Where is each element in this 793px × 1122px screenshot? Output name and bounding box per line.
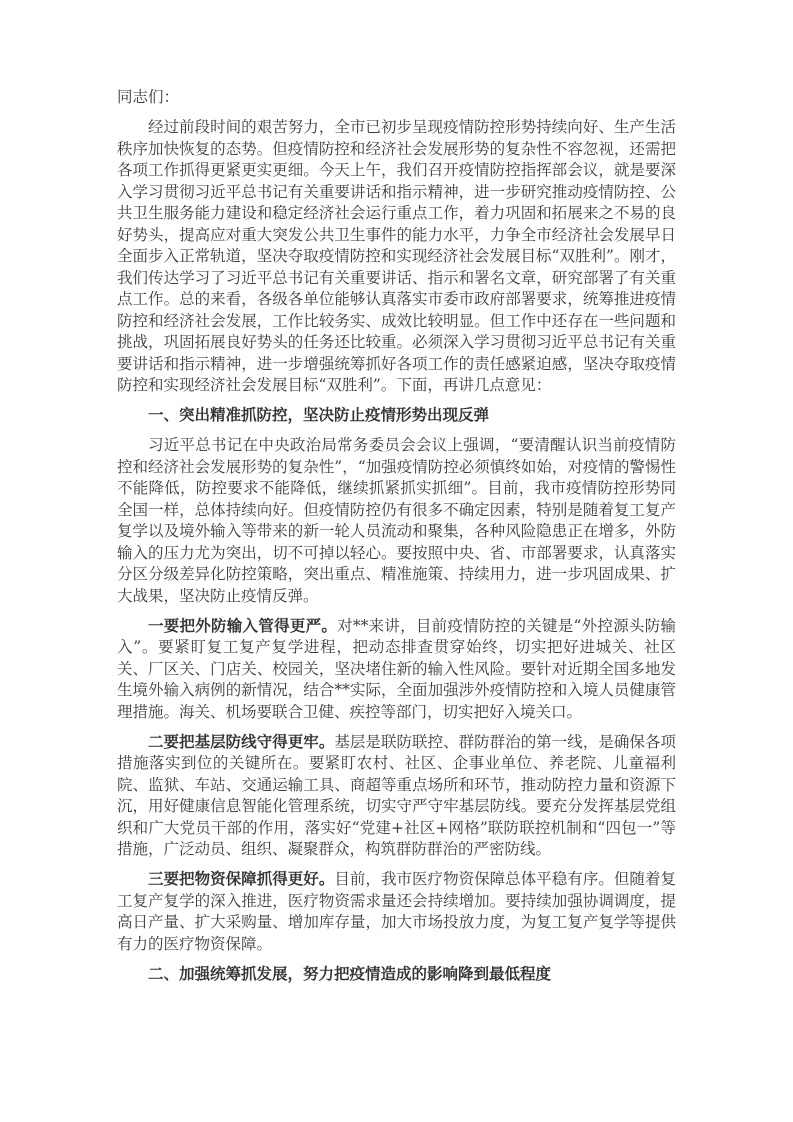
- paragraph-point-2: 二要把基层防线守得更牢。基层是联防联控、群防群治的第一线，是确保各项措施落实到位…: [117, 732, 676, 861]
- section-heading-1: 一、突出精准抓防控，坚决防止疫情形势出现反弹: [117, 405, 676, 427]
- paragraph-opening: 经过前段时间的艰苦努力，全市已初步呈现疫情防控形势持续向好、生产生活秩序加快恢复…: [117, 117, 676, 397]
- point-3-lead: 三要把物资保障抓得更好。: [148, 870, 334, 888]
- paragraph-section1-intro: 习近平总书记在中央政治局常务委员会会议上强调，“要清醒认识当前疫情防控和经济社会…: [117, 435, 676, 607]
- section-heading-2: 二、加强统筹抓发展，努力把疫情造成的影响降到最低程度: [117, 964, 676, 986]
- point-2-lead: 二要把基层防线守得更牢。: [148, 733, 334, 751]
- paragraph-point-1: 一要把外防输入管得更严。对**来讲，目前疫情防控的关键是“外控源头防输入”。要紧…: [117, 616, 676, 724]
- point-1-lead: 一要把外防输入管得更严。: [148, 617, 337, 635]
- point-2-text: 基层是联防联控、群防群治的第一线，是确保各项措施落实到位的关键所在。要紧盯农村、…: [117, 733, 676, 859]
- salutation: 同志们：: [117, 87, 676, 109]
- document-page: 同志们： 经过前段时间的艰苦努力，全市已初步呈现疫情防控形势持续向好、生产生活秩…: [0, 0, 793, 1122]
- paragraph-point-3: 三要把物资保障抓得更好。目前，我市医疗物资保障总体平稳有序。但随着复工复产复学的…: [117, 869, 676, 955]
